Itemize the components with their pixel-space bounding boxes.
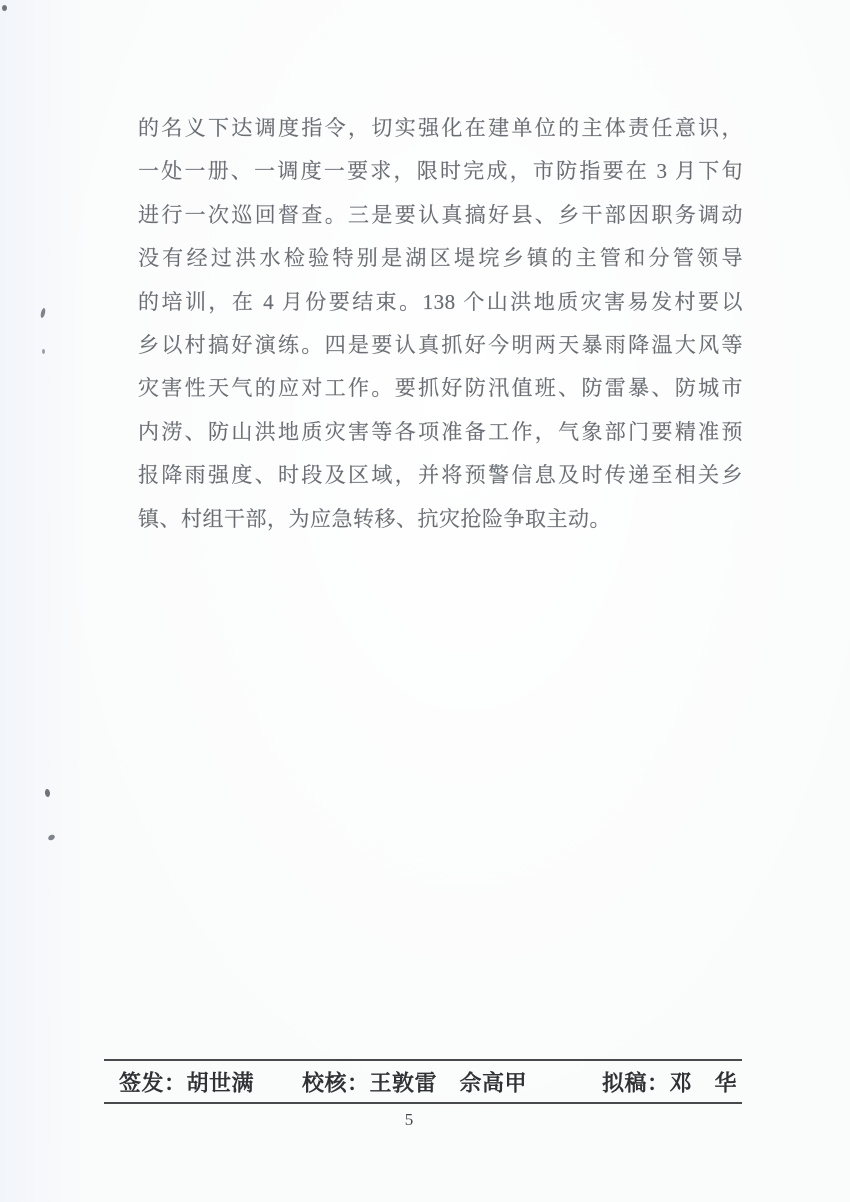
drafted-by-name: 邓 华 bbox=[670, 1070, 738, 1095]
body-line-8: 内涝、防山洪地质灾害等各项准备工作，气象部门要精准预 bbox=[138, 411, 743, 454]
body-line-5: 的培训，在 4 月份要结束。138 个山洪地质灾害易发村要以 bbox=[138, 281, 743, 324]
body-line-9: 报降雨强度、时段及区域，并将预警信息及时传递至相关乡 bbox=[138, 454, 743, 497]
scan-speck bbox=[2, 5, 7, 11]
body-line-1: 的名义下达调度指令，切实强化在建单位的主体责任意识， bbox=[138, 107, 743, 150]
body-line-10: 镇、村组干部，为应急转移、抗灾抢险争取主动。 bbox=[138, 498, 743, 541]
reviewed-by: 校核：王敦雷 佘高甲 bbox=[302, 1066, 527, 1097]
signed-by-label: 签发： bbox=[119, 1070, 187, 1095]
body-line-4: 没有经过洪水检验特别是湖区堤垸乡镇的主管和分管领导 bbox=[138, 237, 743, 280]
drafted-by: 拟稿：邓 华 bbox=[602, 1066, 737, 1097]
scan-speck bbox=[42, 349, 45, 354]
body-line-2: 一处一册、一调度一要求，限时完成，市防指要在 3 月下旬 bbox=[138, 150, 743, 193]
drafted-by-label: 拟稿： bbox=[602, 1070, 670, 1095]
signed-by: 签发：胡世满 bbox=[119, 1066, 254, 1097]
body-line-7: 灾害性天气的应对工作。要抓好防汛值班、防雷暴、防城市 bbox=[138, 367, 743, 410]
reviewed-by-label: 校核： bbox=[302, 1070, 370, 1095]
signature-block: 签发：胡世满 校核：王敦雷 佘高甲 拟稿：邓 华 bbox=[104, 1059, 742, 1104]
page-number: 5 bbox=[399, 1110, 419, 1130]
body-line-3: 进行一次巡回督查。三是要认真搞好县、乡干部因职务调动 bbox=[138, 194, 743, 237]
document-body: 的名义下达调度指令，切实强化在建单位的主体责任意识， 一处一册、一调度一要求，限… bbox=[138, 107, 743, 541]
reviewed-by-names: 王敦雷 佘高甲 bbox=[370, 1070, 528, 1095]
signed-by-name: 胡世满 bbox=[187, 1070, 255, 1095]
body-line-6: 乡以村搞好演练。四是要认真抓好今明两天暴雨降温大风等 bbox=[138, 324, 743, 367]
